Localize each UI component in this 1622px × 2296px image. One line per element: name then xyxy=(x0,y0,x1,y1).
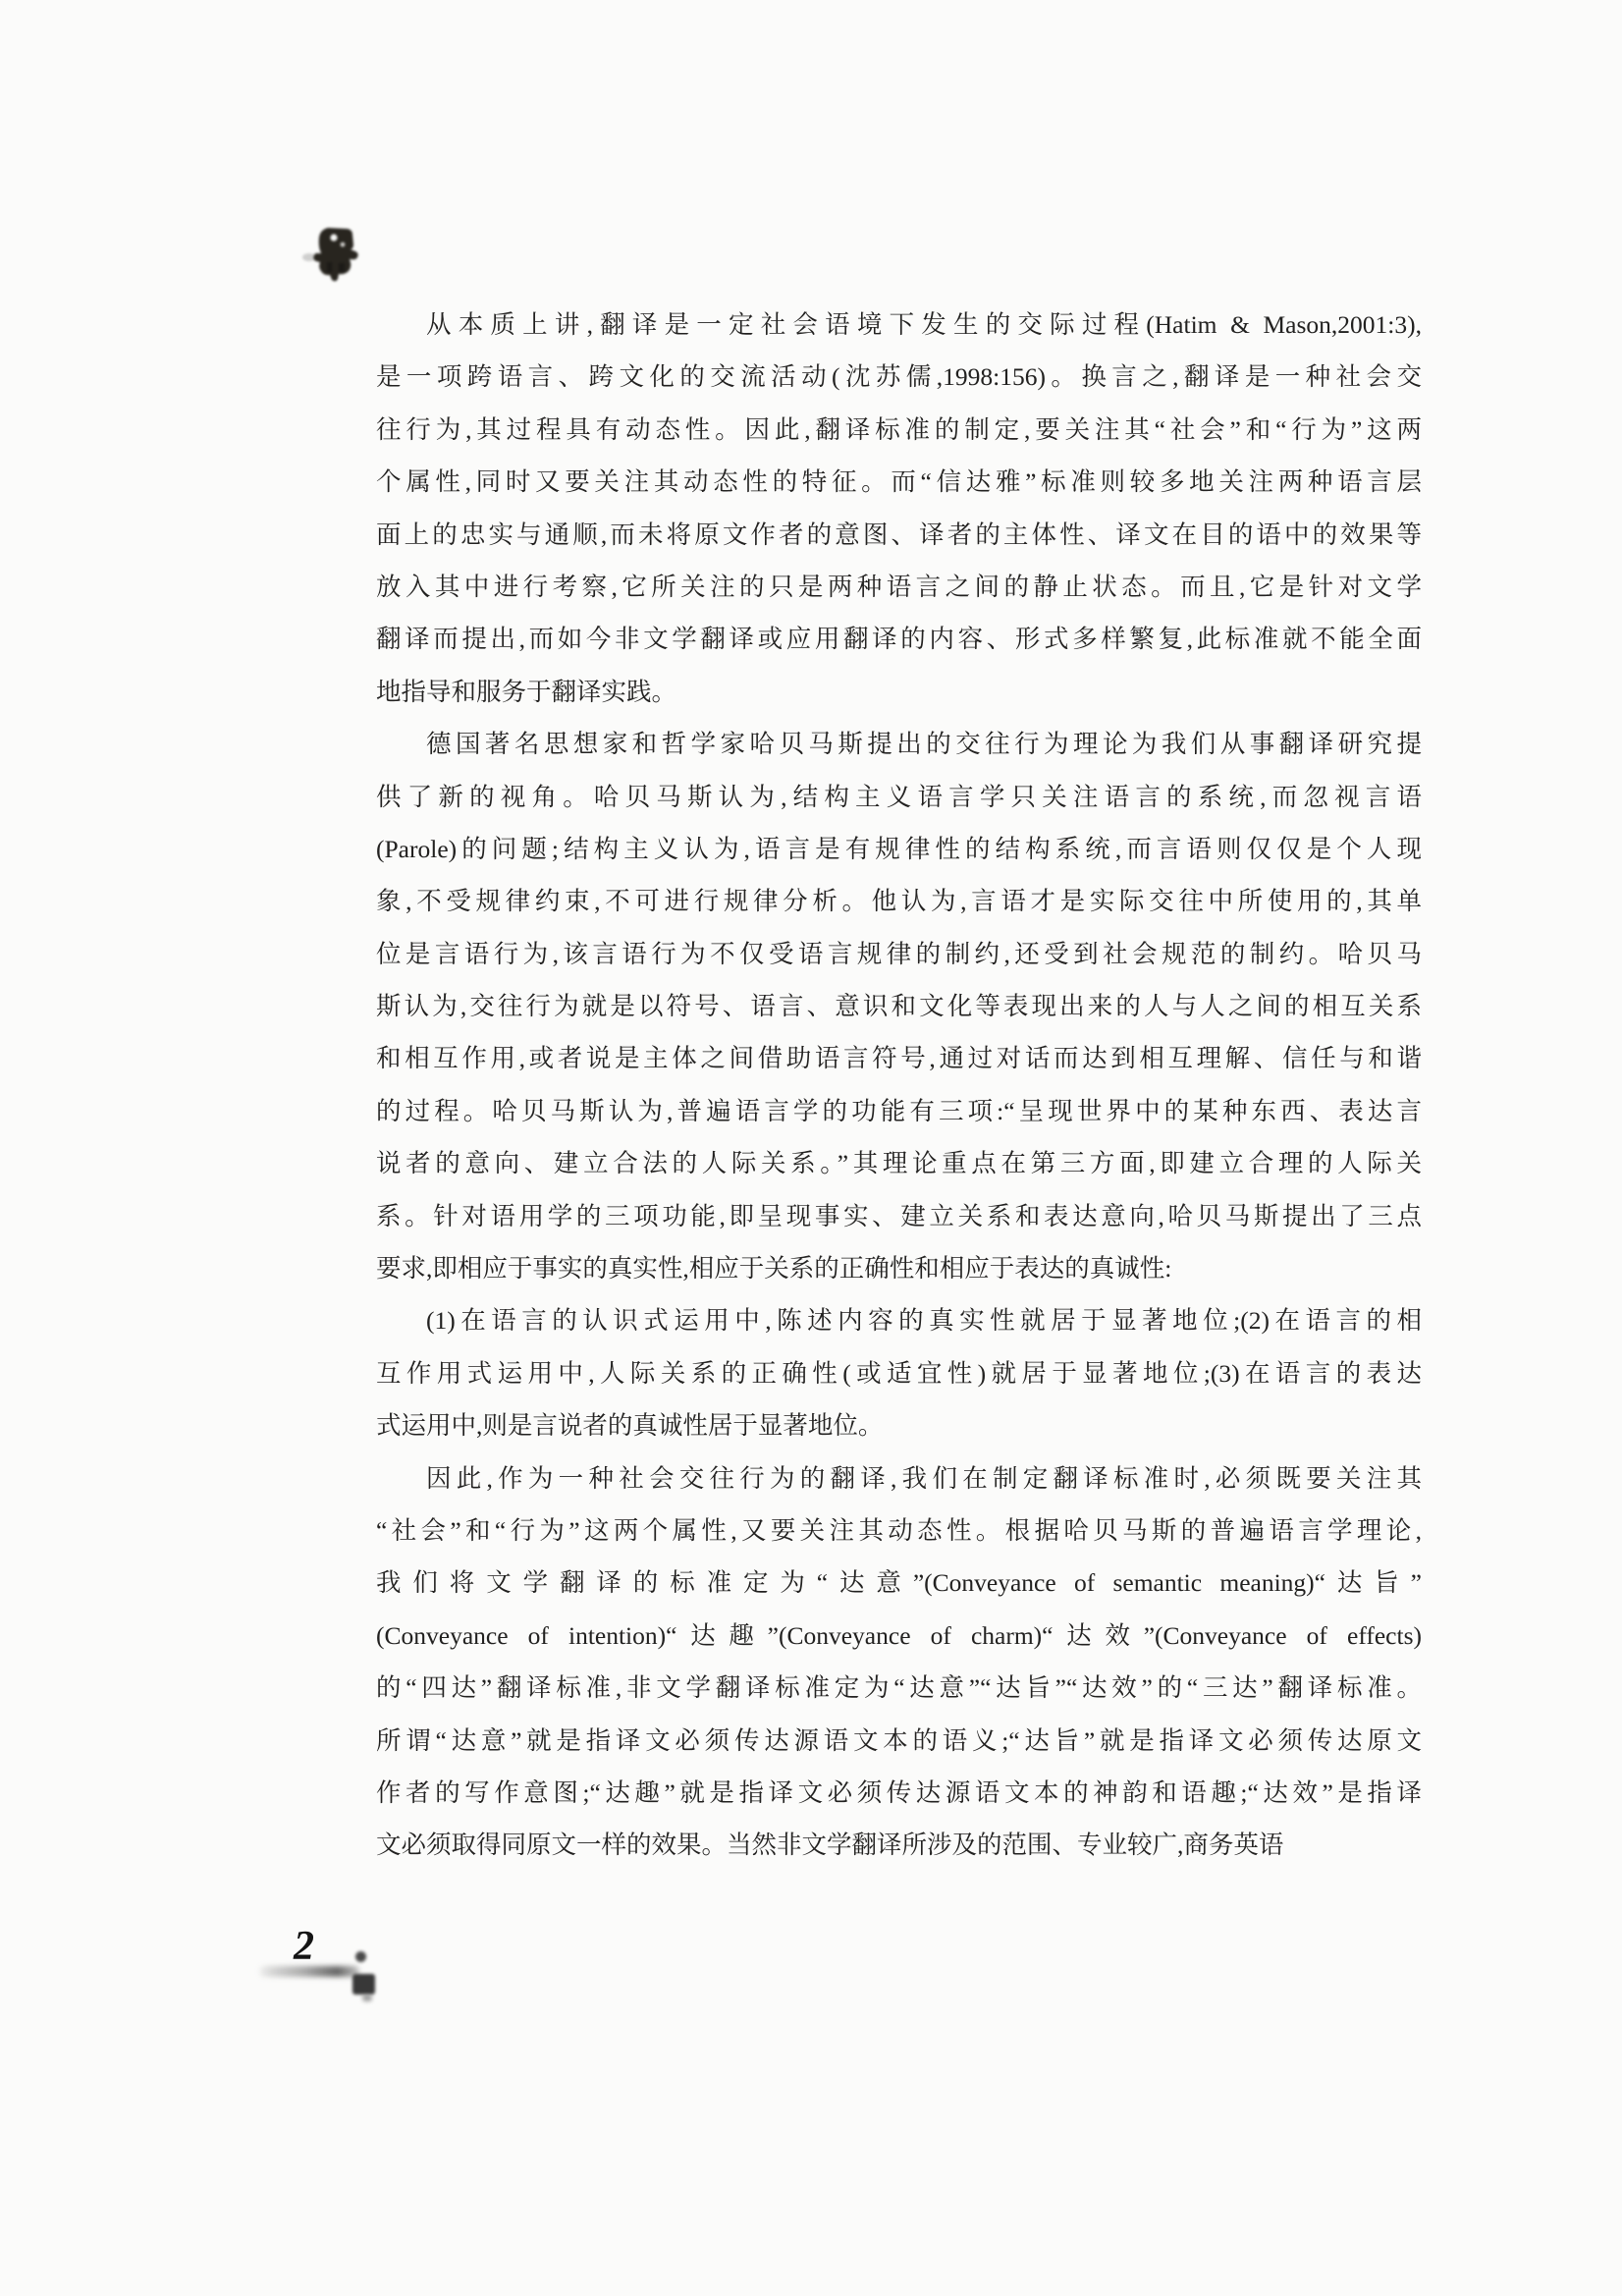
text-line: 我们将文学翻译的标准定为“达意”(Conveyance of semantic … xyxy=(376,1557,1422,1609)
body-text: 从本质上讲,翻译是一定社会语境下发生的交际过程(Hatim & Mason,20… xyxy=(376,299,1422,1872)
text-line: 的过程。哈贝马斯认为,普遍语言学的功能有三项:“呈现世界中的某种东西、表达言 xyxy=(376,1085,1422,1137)
text-line: (1)在语言的认识式运用中,陈述内容的真实性就居于显著地位;(2)在语言的相 xyxy=(376,1294,1422,1346)
scanned-page: 从本质上讲,翻译是一定社会语境下发生的交际过程(Hatim & Mason,20… xyxy=(0,0,1622,2296)
text-line: 位是言语行为,该言语行为不仅受语言规律的制约,还受到社会规范的制约。哈贝马 xyxy=(376,928,1422,980)
text-line: 的“四达”翻译标准,非文学翻译标准定为“达意”“达旨”“达效”的“三达”翻译标准… xyxy=(376,1662,1422,1714)
paragraph: 从本质上讲,翻译是一定社会语境下发生的交际过程(Hatim & Mason,20… xyxy=(376,299,1422,718)
paragraph: (1)在语言的认识式运用中,陈述内容的真实性就居于显著地位;(2)在语言的相互作… xyxy=(376,1294,1422,1451)
ink-stamp-icon xyxy=(300,220,369,289)
text-line: 式运用中,则是言说者的真诚性居于显著地位。 xyxy=(376,1399,1422,1451)
page-number: 2 xyxy=(294,1925,314,1968)
text-line: 从本质上讲,翻译是一定社会语境下发生的交际过程(Hatim & Mason,20… xyxy=(376,299,1422,351)
text-line: (Conveyance of intention)“达趣”(Conveyance… xyxy=(376,1610,1422,1662)
ink-blot-square-icon xyxy=(352,1974,375,1995)
ink-blot-tail-icon xyxy=(362,1995,372,2001)
text-line: 地指导和服务于翻译实践。 xyxy=(376,666,1422,718)
text-line: 面上的忠实与通顺,而未将原文作者的意图、译者的主体性、译文在目的语中的效果等 xyxy=(376,509,1422,561)
text-line: 所谓“达意”就是指译文必须传达源语文本的语义;“达旨”就是指译文必须传达原文 xyxy=(376,1715,1422,1767)
text-line: (Parole)的问题;结构主义认为,语言是有规律性的结构系统,而言语则仅仅是个… xyxy=(376,823,1422,875)
text-line: 要求,即相应于事实的真实性,相应于关系的正确性和相应于表达的真诚性: xyxy=(376,1242,1422,1294)
paragraph: 因此,作为一种社会交往行为的翻译,我们在制定翻译标准时,必须既要关注其“社会”和… xyxy=(376,1452,1422,1872)
paragraph: 德国著名思想家和哲学家哈贝马斯提出的交往行为理论为我们从事翻译研究提供了新的视角… xyxy=(376,718,1422,1294)
text-line: 翻译而提出,而如今非文学翻译或应用翻译的内容、形式多样繁复,此标准就不能全面 xyxy=(376,613,1422,665)
text-line: 供了新的视角。哈贝马斯认为,结构主义语言学只关注语言的系统,而忽视言语 xyxy=(376,771,1422,823)
text-line: 个属性,同时又要关注其动态性的特征。而“信达雅”标准则较多地关注两种语言层 xyxy=(376,456,1422,508)
text-line: 互作用式运用中,人际关系的正确性(或适宜性)就居于显著地位;(3)在语言的表达 xyxy=(376,1347,1422,1399)
ink-smudge-icon xyxy=(259,1966,359,1977)
text-line: 系。针对语用学的三项功能,即呈现事实、建立关系和表达意向,哈贝马斯提出了三点 xyxy=(376,1190,1422,1242)
text-line: 斯认为,交往行为就是以符号、语言、意识和文化等表现出来的人与人之间的相互关系 xyxy=(376,980,1422,1032)
text-line: 是一项跨语言、跨文化的交流活动(沈苏儒,1998:156)。换言之,翻译是一种社… xyxy=(376,351,1422,403)
text-line: 说者的意向、建立合法的人际关系。”其理论重点在第三方面,即建立合理的人际关 xyxy=(376,1137,1422,1189)
text-line: 作者的写作意图;“达趣”就是指译文必须传达源语文本的神韵和语趣;“达效”是指译 xyxy=(376,1767,1422,1819)
text-line: 文必须取得同原文一样的效果。当然非文学翻译所涉及的范围、专业较广,商务英语 xyxy=(376,1819,1422,1871)
text-line: “社会”和“行为”这两个属性,又要关注其动态性。根据哈贝马斯的普遍语言学理论, xyxy=(376,1504,1422,1557)
text-line: 放入其中进行考察,它所关注的只是两种语言之间的静止状态。而且,它是针对文学 xyxy=(376,561,1422,613)
text-line: 和相互作用,或者说是主体之间借助语言符号,通过对话而达到相互理解、信任与和谐 xyxy=(376,1032,1422,1084)
text-line: 往行为,其过程具有动态性。因此,翻译标准的制定,要关注其“社会”和“行为”这两 xyxy=(376,404,1422,456)
text-line: 德国著名思想家和哲学家哈贝马斯提出的交往行为理论为我们从事翻译研究提 xyxy=(376,718,1422,770)
text-line: 因此,作为一种社会交往行为的翻译,我们在制定翻译标准时,必须既要关注其 xyxy=(376,1452,1422,1504)
ink-blot-dot-icon xyxy=(355,1951,366,1962)
text-line: 象,不受规律约束,不可进行规律分析。他认为,言语才是实际交往中所使用的,其单 xyxy=(376,875,1422,927)
